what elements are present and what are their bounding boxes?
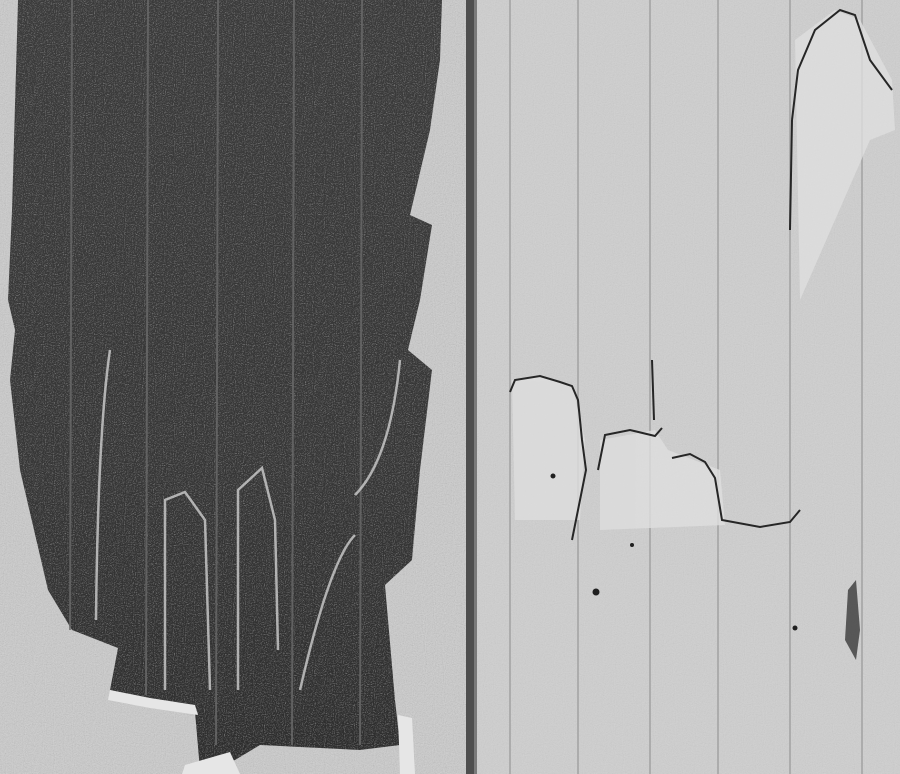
wall-photo	[0, 0, 900, 774]
metal-post	[466, 0, 474, 774]
